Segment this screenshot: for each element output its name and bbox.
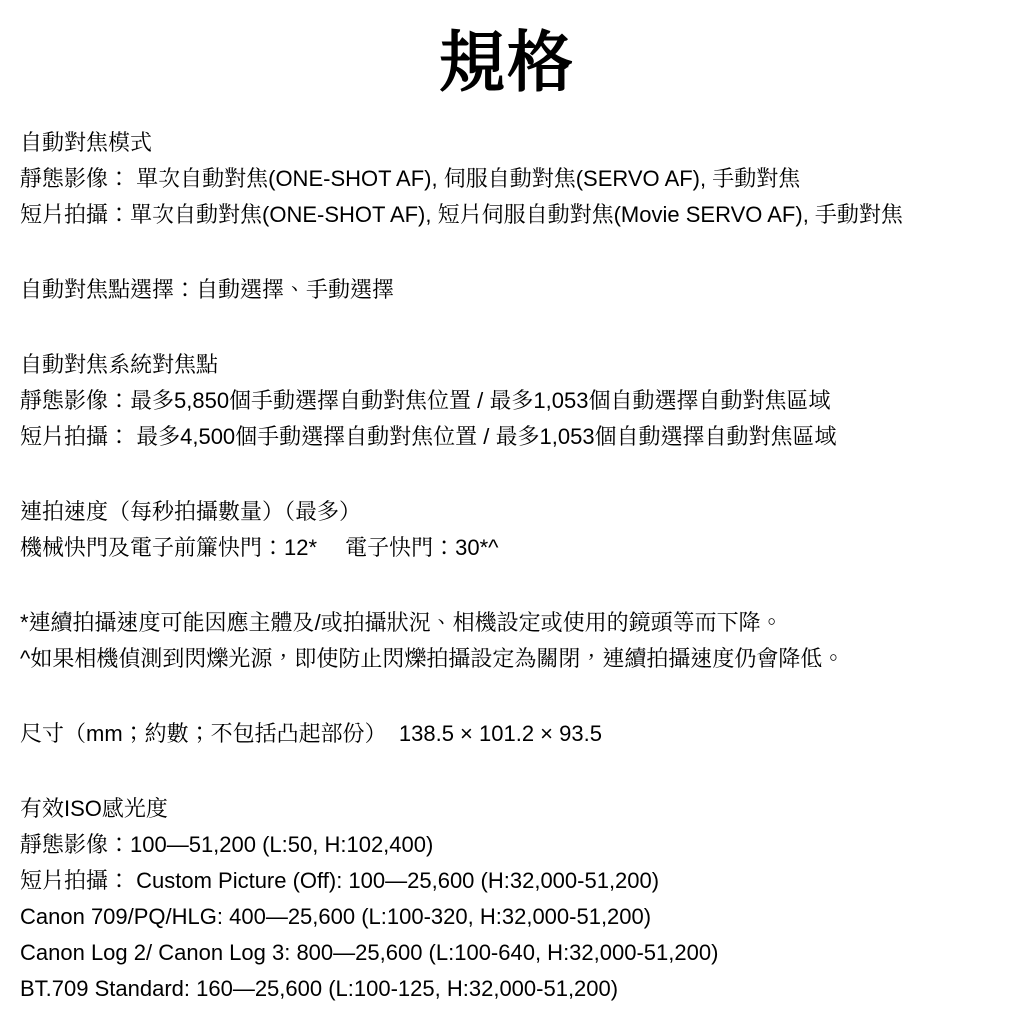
af-points-stills: 靜態影像：最多5,850個手動選擇自動對焦位置 / 最多1,053個自動選擇自動… [20, 383, 994, 419]
burst-speed-heading: 連拍速度（每秒拍攝數量）（最多） [20, 494, 994, 530]
section-af-point-selection: 自動對焦點選擇：自動選擇、手動選擇 [20, 272, 994, 308]
iso-canon-709-pq-hlg: Canon 709/PQ/HLG: 400—25,600 (L:100-320,… [20, 899, 994, 935]
iso-canon-log-2-3: Canon Log 2/ Canon Log 3: 800—25,600 (L:… [20, 935, 994, 971]
iso-bt709-standard: BT.709 Standard: 160—25,600 (L:100-125, … [20, 971, 994, 1007]
burst-speed-values: 機械快門及電子前簾快門：12* 電子快門：30*^ [20, 530, 994, 566]
footnote-asterisk: *連續拍攝速度可能因應主體及/或拍攝狀況、相機設定或使用的鏡頭等而下降。 [20, 605, 994, 641]
iso-movies-custom-picture: 短片拍攝： Custom Picture (Off): 100—25,600 (… [20, 863, 994, 899]
section-iso-sensitivity: 有效ISO感光度 靜態影像：100—51,200 (L:50, H:102,40… [20, 791, 994, 1007]
section-af-system-points: 自動對焦系統對焦點 靜態影像：最多5,850個手動選擇自動對焦位置 / 最多1,… [20, 347, 994, 455]
iso-heading: 有效ISO感光度 [20, 791, 994, 827]
page-title: 規格 [20, 24, 994, 100]
dimensions-line: 尺寸（mm；約數；不包括凸起部份） 138.5 × 101.2 × 93.5 [20, 716, 994, 752]
af-points-movies: 短片拍攝： 最多4,500個手動選擇自動對焦位置 / 最多1,053個自動選擇自… [20, 419, 994, 455]
af-points-heading: 自動對焦系統對焦點 [20, 347, 994, 383]
af-mode-stills: 靜態影像： 單次自動對焦(ONE-SHOT AF), 伺服自動對焦(SERVO … [20, 161, 994, 197]
af-point-selection-line: 自動對焦點選擇：自動選擇、手動選擇 [20, 272, 994, 308]
spec-document: 規格 自動對焦模式 靜態影像： 單次自動對焦(ONE-SHOT AF), 伺服自… [0, 0, 1014, 1014]
iso-stills: 靜態影像：100—51,200 (L:50, H:102,400) [20, 827, 994, 863]
section-footnotes: *連續拍攝速度可能因應主體及/或拍攝狀況、相機設定或使用的鏡頭等而下降。 ^如果… [20, 605, 994, 677]
af-mode-heading: 自動對焦模式 [20, 125, 994, 161]
af-mode-movies: 短片拍攝：單次自動對焦(ONE-SHOT AF), 短片伺服自動對焦(Movie… [20, 197, 994, 233]
footnote-caret: ^如果相機偵測到閃爍光源，即使防止閃爍拍攝設定為關閉，連續拍攝速度仍會降低。 [20, 641, 994, 677]
section-af-mode: 自動對焦模式 靜態影像： 單次自動對焦(ONE-SHOT AF), 伺服自動對焦… [20, 125, 994, 233]
section-burst-speed: 連拍速度（每秒拍攝數量）（最多） 機械快門及電子前簾快門：12* 電子快門：30… [20, 494, 994, 566]
section-dimensions: 尺寸（mm；約數；不包括凸起部份） 138.5 × 101.2 × 93.5 [20, 716, 994, 752]
